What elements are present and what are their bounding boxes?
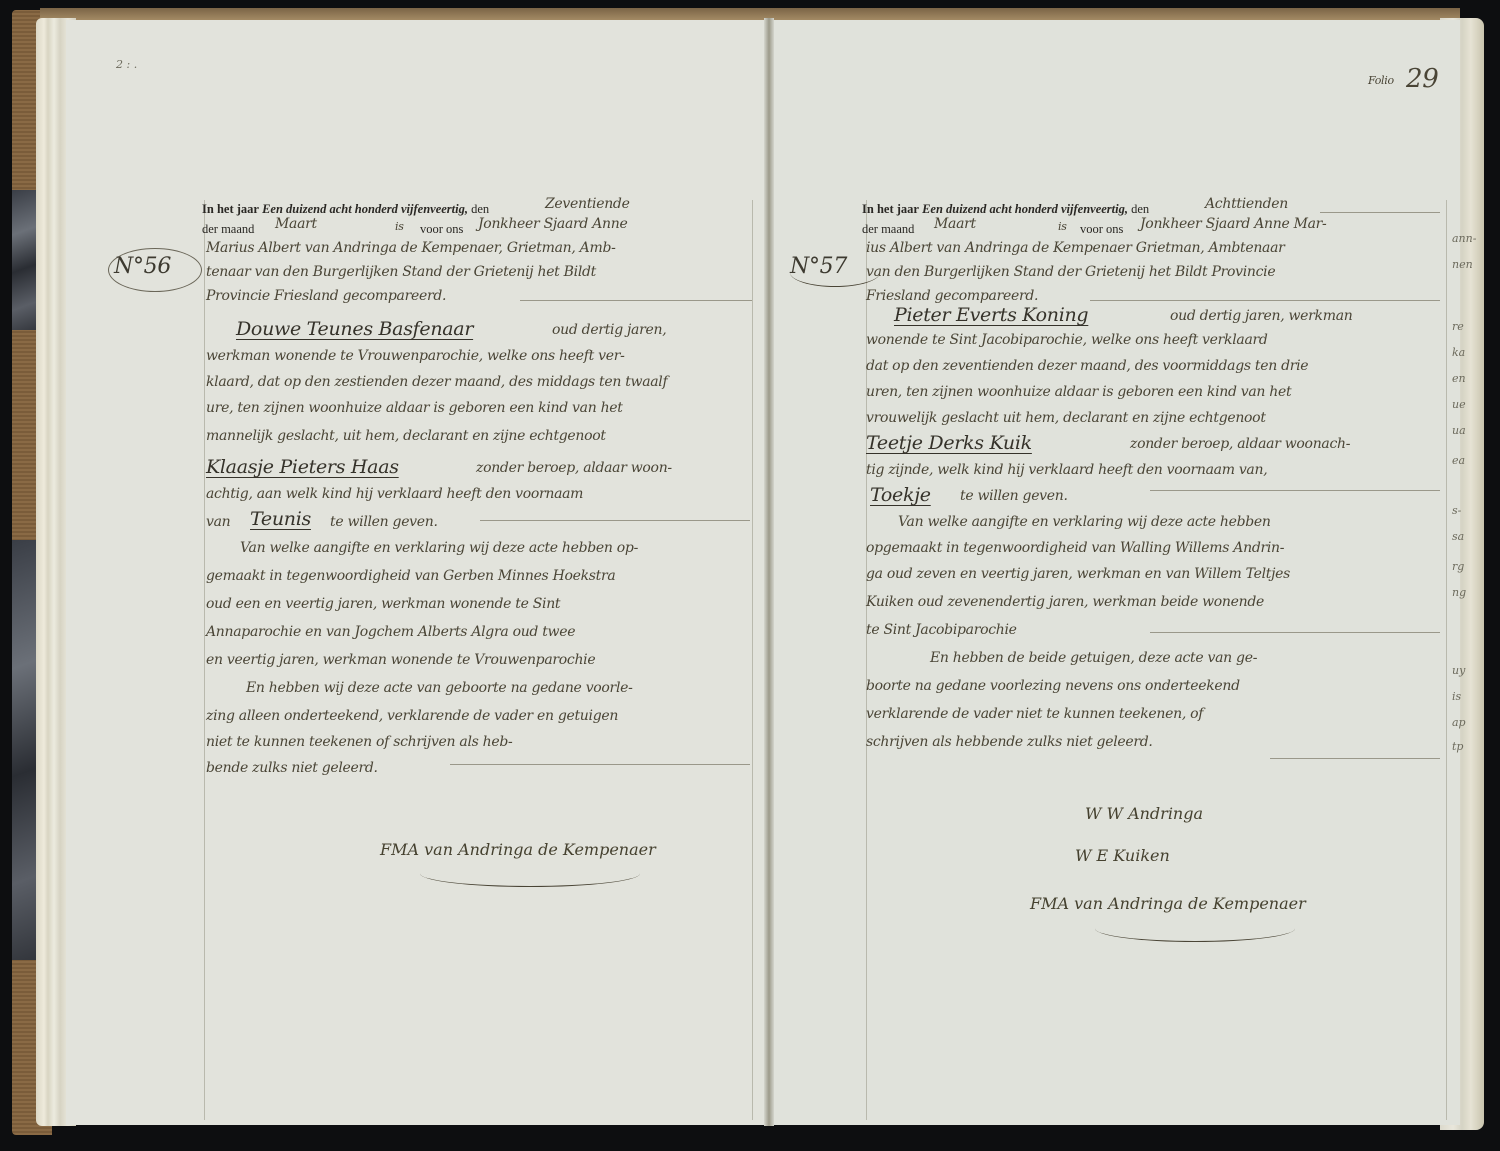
margin-mark: ka [1452, 346, 1465, 359]
closing-line: En hebben de beide getuigen, deze acte v… [930, 650, 1257, 666]
closing-line: niet te kunnen teekenen of schrijven als… [206, 734, 512, 750]
book-spine-top [40, 8, 1460, 20]
is-handwritten: is [1058, 220, 1067, 233]
child-name: Teunis [250, 508, 311, 530]
body-line: vrouwelijk geslacht uit hem, declarant e… [866, 410, 1266, 426]
fill-line [1150, 632, 1440, 633]
body-line: klaard, dat op den zestienden dezer maan… [206, 374, 667, 390]
child-suffix: te willen geven. [330, 514, 438, 530]
official-line: tenaar van den Burgerlijken Stand der Gr… [206, 264, 596, 280]
corner-pencil-mark: 2 : . [116, 58, 137, 71]
father-name: Pieter Everts Koning [894, 304, 1088, 326]
margin-mark: nen [1452, 258, 1473, 271]
closing-line: verklarende de vader niet te kunnen teek… [866, 706, 1203, 722]
father-name: Douwe Teunes Basfenaar [236, 318, 473, 340]
body-line: wonende te Sint Jacobiparochie, welke on… [866, 332, 1268, 348]
official-line: Marius Albert van Andringa de Kempenaer,… [206, 240, 616, 256]
margin-mark: ng [1452, 586, 1466, 599]
body-line: dat op den zeventienden dezer maand, des… [866, 358, 1308, 374]
printed-month-label: der maand [862, 222, 914, 237]
witness-line: ga oud zeven en veertig jaren, werkman e… [866, 566, 1290, 582]
printed-year-line: In het jaar Een duizend acht honderd vij… [862, 202, 1149, 217]
printed-voor-ons: voor ons [1080, 222, 1123, 237]
body-line: oud dertig jaren, [552, 322, 666, 338]
witness-line: oud een en veertig jaren, werkman wonend… [206, 596, 560, 612]
margin-mark: s- [1452, 504, 1461, 517]
official-line: ius Albert van Andringa de Kempenaer Gri… [866, 240, 1285, 256]
month-handwritten: Maart [934, 216, 976, 232]
entry-number: N°57 [790, 254, 847, 279]
margin-mark: en [1452, 372, 1466, 385]
closing-line: bende zulks niet geleerd. [206, 760, 378, 776]
signature-flourish [420, 860, 640, 887]
official-line: Jonkheer Sjaard Anne [478, 216, 627, 232]
page-number: 29 [1406, 64, 1438, 94]
fill-line [1270, 758, 1440, 759]
margin-mark: uy [1452, 664, 1465, 677]
closing-line: zing alleen onderteekend, verklarende de… [206, 708, 618, 724]
mother-name: Klaasje Pieters Haas [206, 456, 399, 478]
margin-mark: ue [1452, 398, 1466, 411]
official-line: Jonkheer Sjaard Anne Mar- [1140, 216, 1326, 232]
fill-line [1150, 490, 1440, 491]
child-name: Toekje [870, 484, 931, 506]
closing-line: boorte na gedane voorlezing nevens ons o… [866, 678, 1240, 694]
margin-mark: rg [1452, 560, 1464, 573]
witness-line: gemaakt in tegenwoordigheid van Gerben M… [206, 568, 615, 584]
page-number-prefix: Folio [1368, 74, 1394, 87]
fill-line [450, 764, 750, 765]
margin-mark: ua [1452, 424, 1466, 437]
body-line: werkman wonende te Vrouwenparochie, welk… [206, 348, 625, 364]
right-right-rule [1446, 200, 1447, 1120]
official-line: Friesland gecompareerd. [866, 288, 1038, 304]
witness-line: Van welke aangifte en verklaring wij dez… [240, 540, 638, 556]
witness-line: te Sint Jacobiparochie [866, 622, 1017, 638]
margin-mark: re [1452, 320, 1464, 333]
fill-line [1090, 300, 1440, 301]
margin-mark: tp [1452, 740, 1463, 753]
margin-mark: is [1452, 690, 1461, 703]
official-line: van den Burgerlijken Stand der Grietenij… [866, 264, 1275, 280]
registrar-signature: FMA van Andringa de Kempenaer [1030, 894, 1306, 913]
margin-mark: ea [1452, 454, 1465, 467]
witness-signature: W W Andringa [1085, 804, 1203, 823]
left-margin-rule [204, 200, 205, 1120]
body-line: tig zijnde, welk kind hij verklaard heef… [866, 462, 1267, 478]
month-handwritten: Maart [275, 216, 317, 232]
book-gutter [764, 18, 774, 1126]
fill-line [480, 520, 750, 521]
day-handwritten: Zeventiende [545, 196, 630, 212]
margin-mark: ap [1452, 716, 1466, 729]
margin-mark: ann- [1452, 232, 1476, 245]
closing-line: schrijven als hebbende zulks niet geleer… [866, 734, 1153, 750]
witness-line: Van welke aangifte en verklaring wij dez… [898, 514, 1271, 530]
is-handwritten: is [395, 220, 404, 233]
body-line: ure, ten zijnen woonhuize aldaar is gebo… [206, 400, 623, 416]
fill-line [1320, 212, 1440, 213]
mother-name: Teetje Derks Kuik [866, 432, 1032, 454]
registrar-signature: FMA van Andringa de Kempenaer [380, 840, 656, 859]
margin-mark: sa [1452, 530, 1464, 543]
body-line: zonder beroep, aldaar woonach- [1130, 436, 1350, 452]
printed-year-line: In het jaar Een duizend acht honderd vij… [202, 202, 489, 217]
witness-line: en veertig jaren, werkman wonende te Vro… [206, 652, 595, 668]
body-line: mannelijk geslacht, uit hem, declarant e… [206, 428, 606, 444]
body-line: achtig, aan welk kind hij verklaard heef… [206, 486, 583, 502]
body-line: oud dertig jaren, werkman [1170, 308, 1352, 324]
official-line: Provincie Friesland gecompareerd. [206, 288, 446, 304]
witness-line: Annaparochie en van Jogchem Alberts Algr… [206, 624, 575, 640]
entry-number: N°56 [114, 254, 171, 279]
witness-line: Kuiken oud zevenendertig jaren, werkman … [866, 594, 1264, 610]
body-line: uren, ten zijnen woonhuize aldaar is geb… [866, 384, 1291, 400]
witness-line: opgemaakt in tegenwoordigheid van Wallin… [866, 540, 1284, 556]
closing-line: En hebben wij deze acte van geboorte na … [246, 680, 633, 696]
body-line: zonder beroep, aldaar woon- [476, 460, 672, 476]
witness-signature: W E Kuiken [1075, 846, 1170, 865]
fill-line [520, 300, 752, 301]
left-right-rule [752, 200, 753, 1120]
printed-month-label: der maand [202, 222, 254, 237]
signature-flourish [1095, 915, 1295, 942]
body-line: van [206, 514, 230, 530]
printed-voor-ons: voor ons [420, 222, 463, 237]
child-suffix: te willen geven. [960, 488, 1068, 504]
day-handwritten: Achttienden [1205, 196, 1288, 212]
